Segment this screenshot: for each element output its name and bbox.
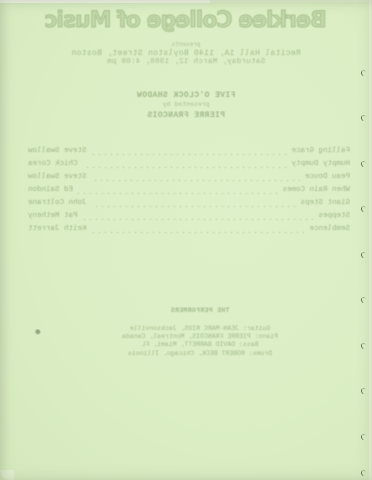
program-row: Steppes Pat Metheny: [28, 212, 350, 225]
dot-leader: [92, 228, 305, 235]
performers-heading: THE PERFORMERS: [28, 307, 372, 314]
program-composer: John Coltrane: [28, 199, 87, 207]
program-title: When Rain Comes: [282, 186, 350, 194]
dot-leader: [92, 202, 296, 209]
program-composer: Steve Swallow: [28, 173, 87, 181]
program-composer: Steve Swallow: [28, 147, 87, 155]
venue-line: Recital Hall 1A, 1140 Boylston Street, B…: [0, 49, 372, 58]
program-row: Falling Grace Steve Swallow: [28, 147, 350, 160]
dot-leader: [92, 176, 300, 183]
program-title: Giant Steps: [300, 199, 350, 207]
performers-section: THE PERFORMERS Guitar: JEAN-MARC RIOS, J…: [28, 307, 372, 358]
performer-line: Drums: ROBERT BECK, Chicago, Illinois: [28, 350, 372, 358]
dot-leader: [83, 163, 287, 170]
dot-leader: [78, 189, 277, 196]
program-composer: Keith Jarrett: [28, 225, 87, 233]
program-list: Falling Grace Steve Swallow Humpty Dumpt…: [28, 147, 350, 238]
bleedthrough-layer: Berklee College of Music presents Recita…: [0, 0, 372, 480]
paper-edge-highlight: [210, 0, 372, 2]
performer-line: Piano: PIERRE FRANCOIS, Montreal, Canada: [28, 333, 372, 341]
program-title: Falling Grace: [291, 147, 350, 155]
program-title: Semblence: [309, 225, 350, 233]
presents-label: presents: [0, 41, 372, 48]
program-row: Giant Steps John Coltrane: [28, 199, 350, 212]
performer-line: Bass: DAVID BARRETT, Miami, FL: [28, 341, 372, 349]
scanned-page: Berklee College of Music presents Recita…: [0, 0, 372, 480]
program-composer: Ed Saindon: [28, 186, 73, 194]
paper-edge-highlight: [0, 0, 210, 3]
program-composer: Pat Metheny: [28, 212, 78, 220]
college-logo-text: Berklee College of Music: [0, 8, 372, 34]
concert-presenter: PIERRE FRANCOIS: [0, 111, 372, 120]
program-composer: Chick Corea: [28, 160, 78, 168]
program-row: Humpty Dumpty Chick Corea: [28, 160, 350, 173]
program-title: Humpty Dumpty: [291, 160, 350, 168]
program-row: Peau Douce Steve Swallow: [28, 173, 350, 186]
concert-subtitle: presented by: [0, 101, 372, 108]
program-row: Semblence Keith Jarrett: [28, 225, 350, 238]
ink-speck: [34, 329, 41, 335]
date-line: Saturday, March 12, 1988, 4:00 pm: [0, 58, 372, 66]
program-title: Peau Douce: [305, 173, 350, 181]
program-row: When Rain Comes Ed Saindon: [28, 186, 350, 199]
dot-leader: [92, 150, 287, 157]
concert-title: FIVE O'CLOCK SHADOW: [0, 91, 372, 100]
performer-line: Guitar: JEAN-MARC RIOS, Jacksonville: [28, 325, 372, 333]
program-title: Steppes: [318, 212, 350, 220]
dot-leader: [83, 215, 314, 222]
